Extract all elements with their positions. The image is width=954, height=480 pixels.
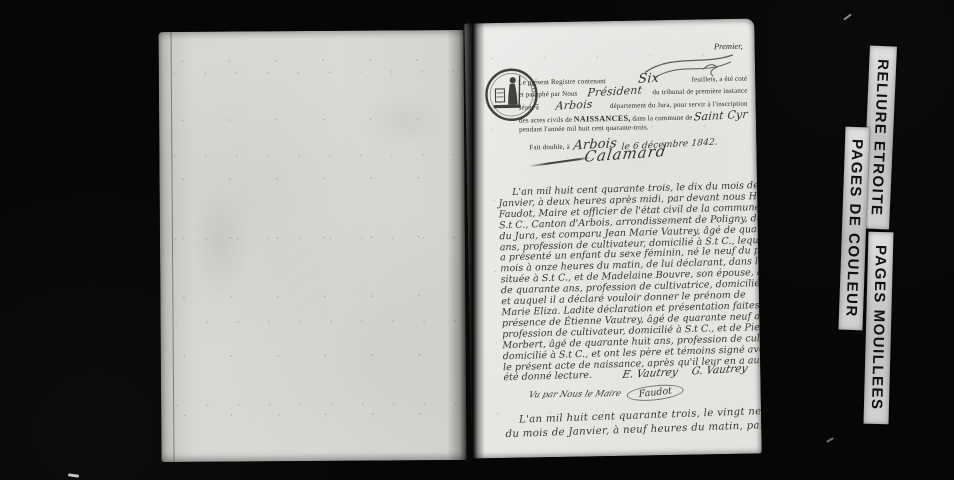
paper-stain bbox=[359, 90, 449, 151]
paper-stain bbox=[190, 181, 251, 301]
scan-artifact bbox=[68, 473, 79, 478]
printed-text: dans la commune de bbox=[632, 114, 692, 123]
printed-text: et paraphé par Nous bbox=[518, 90, 577, 99]
condition-label-pages-mouillees: PAGES MOUILLEES bbox=[863, 232, 893, 425]
scan-artifact bbox=[826, 437, 834, 443]
printed-text: feuillets, a été coté bbox=[692, 75, 748, 84]
signature-flourish bbox=[529, 157, 591, 168]
book-gutter bbox=[447, 22, 485, 462]
printed-text: pendant l'année mil huit cent quarante-t… bbox=[519, 123, 649, 133]
mayor-signature-row: Vu par Nous le Maire Faudot bbox=[529, 385, 685, 403]
printed-text-naissances: NAISSANCES, bbox=[574, 114, 631, 124]
second-act-text: L'an mil huit cent quarante trois, le vi… bbox=[505, 405, 762, 442]
printed-text: du tribunal de première instance bbox=[652, 87, 747, 97]
page-edge-line bbox=[171, 32, 175, 462]
printed-text: séant à bbox=[519, 103, 539, 111]
mayor-signature: Faudot bbox=[626, 382, 685, 403]
condition-label-pages-de-couleur: PAGES DE COULEUR bbox=[838, 127, 869, 331]
printed-text: Fait double, à bbox=[529, 143, 570, 152]
right-page: Premier, ROYAL Le présent Registre conte… bbox=[464, 19, 762, 459]
printed-form: Le présent Registre contenant Six feuill… bbox=[518, 70, 748, 152]
handwritten-insert: Arbois bbox=[555, 98, 593, 113]
printed-text: des actes civils de bbox=[519, 116, 572, 125]
left-page bbox=[159, 30, 467, 462]
archive-scan: Premier, ROYAL Le présent Registre conte… bbox=[0, 0, 954, 480]
closing-scribble: Vu par Nous le Maire bbox=[527, 388, 622, 400]
scan-artifact bbox=[843, 14, 852, 21]
birth-act-text: L'an mil huit cent quarante trois, le di… bbox=[498, 181, 761, 384]
